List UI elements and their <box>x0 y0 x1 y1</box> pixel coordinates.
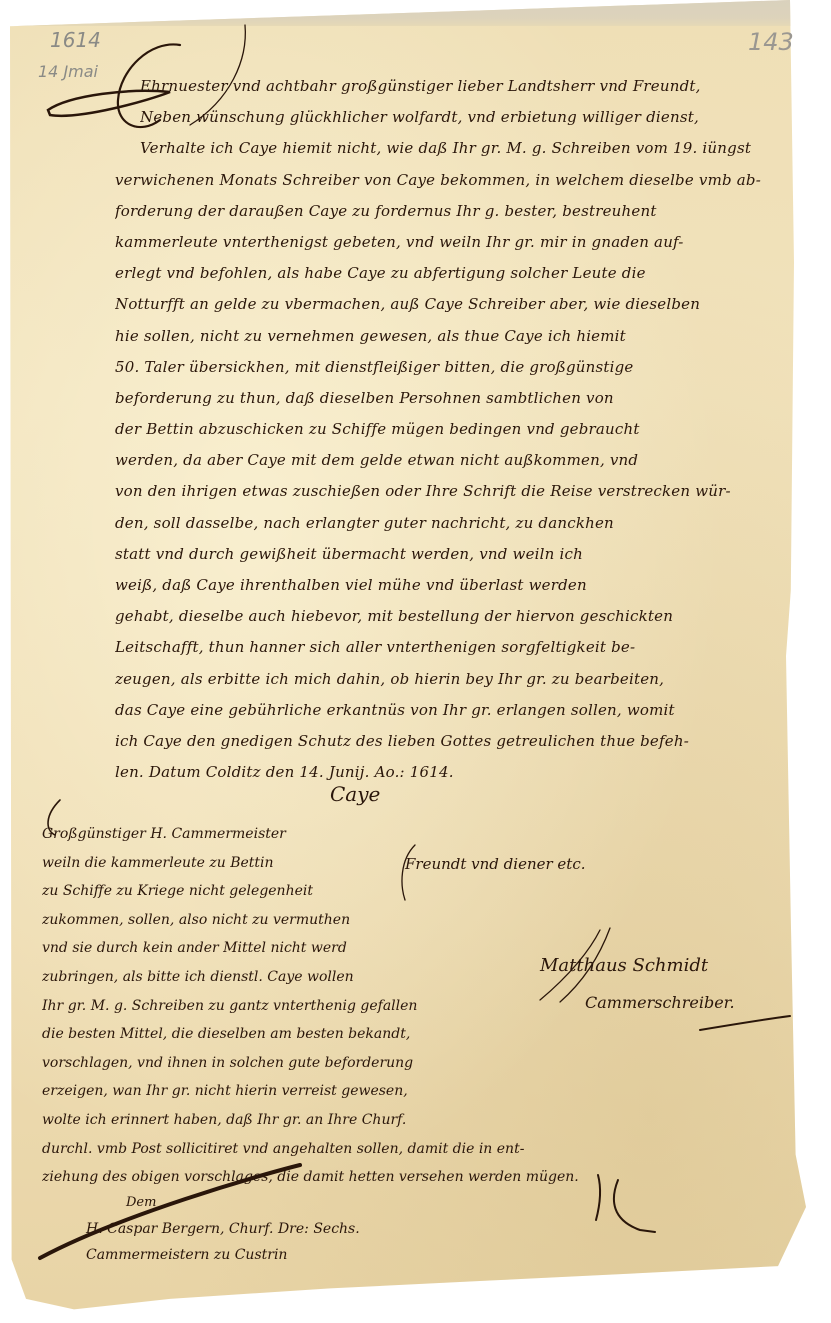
body-line: ich Caye den gnedigen Schutz des lieben … <box>115 726 790 757</box>
postscript: Großgünstiger H. Cammermeister weiln die… <box>42 820 542 1192</box>
postscript-line: die besten Mittel, die dieselben am best… <box>42 1020 542 1049</box>
body-line: forderung der daraußen Caye zu fordernus… <box>115 196 790 227</box>
postscript-line: zukommen, sollen, also nicht zu vermuthe… <box>42 906 542 935</box>
body-line: Neben wünschung glückhlicher wolfardt, v… <box>140 102 790 133</box>
body-line: Verhalte ich Caye hiemit nicht, wie daß … <box>140 133 790 164</box>
postscript-line: vorschlagen, vnd ihnen in solchen gute b… <box>42 1049 542 1078</box>
body-line: verwichenen Monats Schreiber von Caye be… <box>115 165 790 196</box>
signatory-title: Cammerschreiber. <box>585 993 735 1012</box>
postscript-line: ziehung des obigen vorschlages, die dami… <box>42 1163 682 1192</box>
body-line: hie sollen, nicht zu vernehmen gewesen, … <box>115 321 790 352</box>
body-line: von den ihrigen etwas zuschießen oder Ih… <box>115 476 790 507</box>
body-line: gehabt, dieselbe auch hiebevor, mit best… <box>115 601 790 632</box>
body-line: der Bettin abzuschicken zu Schiffe mügen… <box>115 414 790 445</box>
body-line: Leitschafft, thun hanner sich aller vnte… <box>115 632 790 663</box>
postscript-line: wolte ich erinnert haben, daß Ihr gr. an… <box>42 1106 542 1135</box>
postscript-line: Ihr gr. M. g. Schreiben zu gantz vnterth… <box>42 992 542 1021</box>
body-line: das Caye eine gebührliche erkantnüs von … <box>115 695 790 726</box>
body-line: werden, da aber Caye mit dem gelde etwan… <box>115 445 790 476</box>
letter-body: Ehrnuester vnd achtbahr großgünstiger li… <box>140 71 790 788</box>
address-line: Cammermeistern zu Custrin <box>86 1242 360 1268</box>
postscript-line: durchl. vmb Post sollicitiret vnd angeha… <box>42 1135 682 1164</box>
body-line: 50. Taler übersickhen, mit dienstfleißig… <box>115 352 790 383</box>
postscript-line: erzeigen, wan Ihr gr. nicht hierin verre… <box>42 1077 542 1106</box>
archival-date-mark: 14 Jmai <box>38 62 98 81</box>
archival-year-mark: 1614 <box>50 28 101 52</box>
body-line: Notturfft an gelde zu vbermachen, auß Ca… <box>115 289 790 320</box>
address-line: H. Caspar Bergern, Churf. Dre: Sechs. <box>86 1216 360 1242</box>
folio-number: 143 <box>748 28 794 56</box>
signatory-name: Matthaus Schmidt <box>540 955 708 976</box>
body-line: beforderung zu thun, daß dieselben Perso… <box>115 383 790 414</box>
address-line: Dem <box>86 1190 360 1216</box>
signature-initial: Caye <box>330 782 380 806</box>
faded-top-strip <box>10 0 810 26</box>
postscript-line: zubringen, als bitte ich dienstl. Caye w… <box>42 963 542 992</box>
body-line: statt vnd durch gewißheit übermacht werd… <box>115 539 790 570</box>
postscript-line: zu Schiffe zu Kriege nicht gelegenheit <box>42 877 542 906</box>
postscript-line: vnd sie durch kein ander Mittel nicht we… <box>42 934 542 963</box>
body-line: weiß, daß Caye ihrenthalben viel mühe vn… <box>115 570 790 601</box>
body-line: den, soll dasselbe, nach erlangter guter… <box>115 508 790 539</box>
postscript-line: Großgünstiger H. Cammermeister <box>42 820 542 849</box>
body-line: zeugen, als erbitte ich mich dahin, ob h… <box>115 664 790 695</box>
postscript-address: Dem H. Caspar Bergern, Churf. Dre: Sechs… <box>86 1190 360 1268</box>
body-line: Ehrnuester vnd achtbahr großgünstiger li… <box>140 71 790 102</box>
body-line: kammerleute vnterthenigst gebeten, vnd w… <box>115 227 790 258</box>
body-line: erlegt vnd befohlen, als habe Caye zu ab… <box>115 258 790 289</box>
closing-formula: Freundt vnd diener etc. <box>405 855 586 873</box>
body-line: len. Datum Colditz den 14. Junij. Ao.: 1… <box>115 757 790 788</box>
